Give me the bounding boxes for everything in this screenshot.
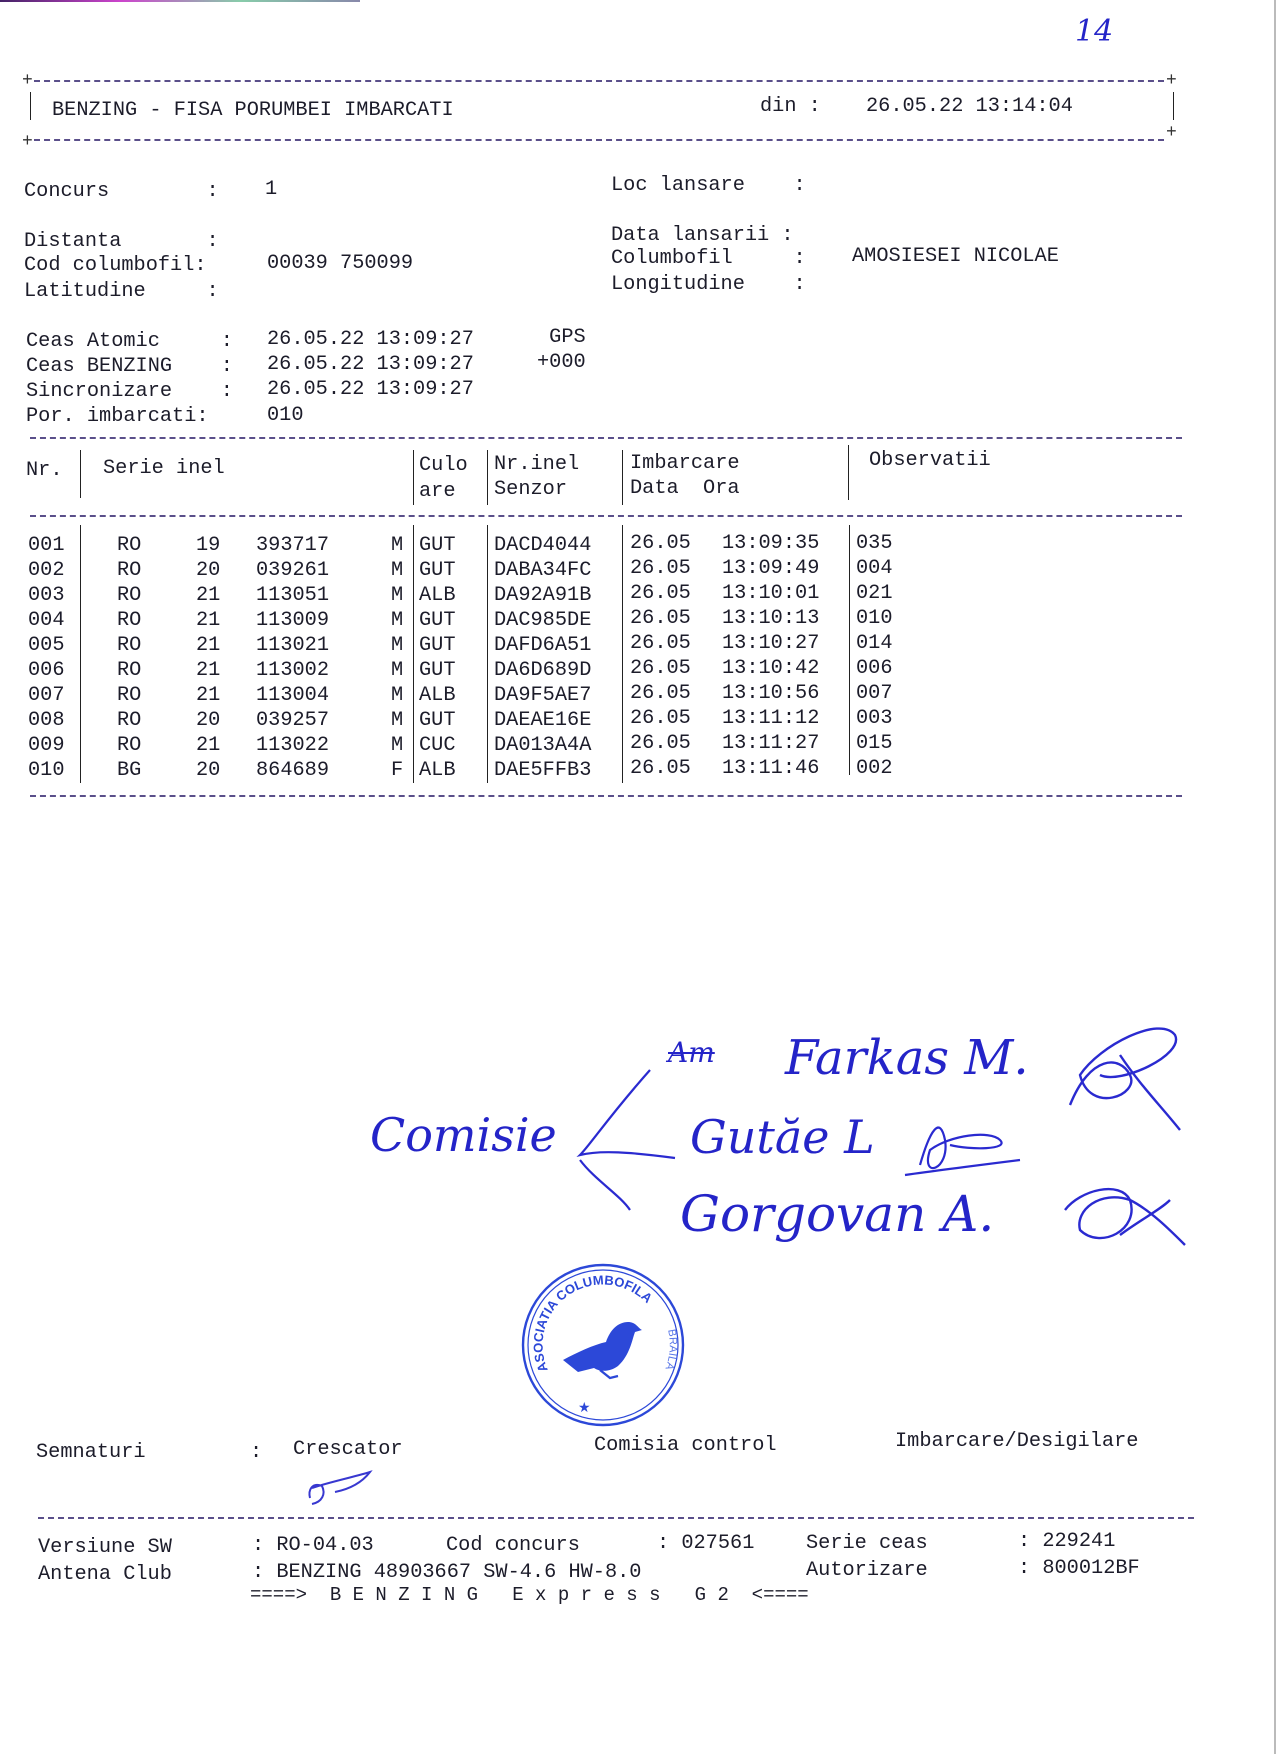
longitudine-label: Longitudine : <box>611 272 806 297</box>
cell-year: 20 <box>196 708 220 733</box>
cell-nr: 004 <box>28 608 65 633</box>
table-row: 001RO19393717MGUTDACD404426.0513:09:3503… <box>0 533 1276 558</box>
cell-color: GUT <box>419 708 456 733</box>
cell-ring: 039257 <box>256 708 329 733</box>
cell-color: CUC <box>419 733 456 758</box>
divider <box>1173 92 1174 120</box>
stamp-text-right: BRAILA <box>662 1328 679 1372</box>
cell-sex: M <box>391 608 403 633</box>
pigeon-icon <box>563 1322 642 1378</box>
cell-ring: 113051 <box>256 583 329 608</box>
footer-rule <box>38 1517 1194 1519</box>
cell-color: ALB <box>419 683 456 708</box>
latitudine-label: Latitudine : <box>24 279 219 304</box>
cell-year: 21 <box>196 608 220 633</box>
cell-date: 26.05 <box>630 756 691 781</box>
cell-time: 13:09:35 <box>722 531 819 556</box>
corner-mark: + <box>1166 124 1177 142</box>
cell-country: RO <box>117 558 141 583</box>
signatures-sep: : <box>250 1440 262 1465</box>
cell-color: ALB <box>419 583 456 608</box>
cell-color: GUT <box>419 633 456 658</box>
corner-mark: + <box>22 133 33 151</box>
ceas-atomic-extra: GPS <box>537 325 586 350</box>
cell-country: RO <box>117 608 141 633</box>
cell-color: GUT <box>419 608 456 633</box>
cod-concurs-value: : 027561 <box>657 1531 754 1556</box>
cell-date: 26.05 <box>630 606 691 631</box>
cell-ring: 113021 <box>256 633 329 658</box>
header-nr: Nr. <box>26 458 63 483</box>
crossed-out-word: Am <box>668 1036 715 1069</box>
table-row: 009RO21113022MCUCDA013A4A26.0513:11:2701… <box>0 733 1276 758</box>
cell-sensor: DAE5FFB3 <box>494 758 591 783</box>
cell-observatii: 015 <box>856 731 893 756</box>
corner-mark: + <box>22 72 33 90</box>
cell-date: 26.05 <box>630 656 691 681</box>
page-number: 14 <box>1075 14 1113 49</box>
cell-sex: M <box>391 583 403 608</box>
cell-country: RO <box>117 708 141 733</box>
cell-time: 13:10:01 <box>722 581 819 606</box>
cell-nr: 007 <box>28 683 65 708</box>
header-imbarcare-1: Imbarcare <box>630 451 740 476</box>
cell-country: RO <box>117 683 141 708</box>
header-bottom-rule <box>30 515 1182 517</box>
cell-ring: 113022 <box>256 733 329 758</box>
cell-color: GUT <box>419 658 456 683</box>
por-imbarcati-label: Por. imbarcati: <box>26 404 209 429</box>
cell-date: 26.05 <box>630 531 691 556</box>
date-label: din : <box>760 94 821 119</box>
loc-lansare-label: Loc lansare : <box>611 173 806 198</box>
member-1-name: Farkas M. <box>785 1030 1029 1086</box>
crescator-signature-icon <box>300 1460 380 1510</box>
header-culoare-1: Culo <box>419 453 468 478</box>
cell-sensor: DAFD6A51 <box>494 633 591 658</box>
cell-country: RO <box>117 658 141 683</box>
cell-date: 26.05 <box>630 556 691 581</box>
table-row: 002RO20039261MGUTDABA34FC26.0513:09:4900… <box>0 558 1276 583</box>
cell-year: 20 <box>196 558 220 583</box>
benzing-express-banner: ====> B E N Z I N G E x p r e s s G 2 <=… <box>250 1583 809 1608</box>
signature-2-icon <box>900 1110 1030 1190</box>
cell-nr: 003 <box>28 583 65 608</box>
cell-time: 13:11:12 <box>722 706 819 731</box>
antena-value: : BENZING 48903667 SW-4.6 HW-8.0 <box>252 1560 641 1585</box>
cell-sensor: DA6D689D <box>494 658 591 683</box>
autorizare-label: Autorizare <box>806 1558 928 1583</box>
divider <box>34 139 1164 141</box>
cell-year: 21 <box>196 733 220 758</box>
cell-observatii: 014 <box>856 631 893 656</box>
member-3-name: Gorgovan A. <box>680 1185 994 1243</box>
col-divider <box>413 450 414 505</box>
cell-year: 21 <box>196 683 220 708</box>
cell-sex: M <box>391 533 403 558</box>
cell-sensor: DAEAE16E <box>494 708 591 733</box>
ceas-benzing-label: Ceas BENZING : <box>26 354 233 379</box>
table-row: 007RO21113004MALBDA9F5AE726.0513:10:5600… <box>0 683 1276 708</box>
serie-ceas-label: Serie ceas <box>806 1531 928 1556</box>
cell-sensor: DAC985DE <box>494 608 591 633</box>
table-row: 008RO20039257MGUTDAEAE16E26.0513:11:1200… <box>0 708 1276 733</box>
cell-nr: 008 <box>28 708 65 733</box>
cod-concurs-label: Cod concurs <box>446 1533 580 1558</box>
table-bottom-rule <box>30 795 1182 797</box>
header-observatii: Observatii <box>869 448 991 473</box>
cell-date: 26.05 <box>630 731 691 756</box>
col-divider <box>80 450 81 498</box>
cell-sensor: DABA34FC <box>494 558 591 583</box>
imbarcare-desigilare-label: Imbarcare/Desigilare <box>895 1429 1138 1454</box>
scan-edge-artifact <box>0 0 360 2</box>
sw-label: Versiune SW <box>38 1535 172 1560</box>
cell-observatii: 006 <box>856 656 893 681</box>
cell-time: 13:10:42 <box>722 656 819 681</box>
col-divider <box>848 445 849 500</box>
cell-date: 26.05 <box>630 681 691 706</box>
sincronizare-value: 26.05.22 13:09:27 <box>267 377 474 402</box>
ceas-atomic-label: Ceas Atomic : <box>26 329 233 354</box>
por-imbarcati-value: 010 <box>267 403 304 428</box>
cell-nr: 001 <box>28 533 65 558</box>
signatures-label: Semnaturi <box>36 1440 146 1465</box>
header-imbarcare-2: Data Ora <box>630 476 740 501</box>
col-divider <box>622 450 623 505</box>
cell-sex: M <box>391 658 403 683</box>
ceas-benzing-extra: +000 <box>537 350 586 375</box>
col-divider <box>487 450 488 505</box>
cell-date: 26.05 <box>630 581 691 606</box>
table-top-rule <box>30 437 1182 439</box>
corner-mark: + <box>1166 72 1177 90</box>
association-stamp: ASOCIATIA COLUMBOFILA BRAILA ★ <box>518 1260 688 1430</box>
cell-color: GUT <box>419 533 456 558</box>
signature-3-icon <box>1060 1180 1190 1260</box>
distanta-label: Distanta : <box>24 229 219 254</box>
cell-sensor: DA9F5AE7 <box>494 683 591 708</box>
cell-time: 13:11:27 <box>722 731 819 756</box>
header-culoare-2: are <box>419 479 456 504</box>
cell-nr: 005 <box>28 633 65 658</box>
divider <box>30 92 31 120</box>
header-senzor-2: Senzor <box>494 477 567 502</box>
cell-country: RO <box>117 733 141 758</box>
cell-sex: M <box>391 733 403 758</box>
sw-value: : RO-04.03 <box>252 1533 374 1558</box>
cell-sensor: DA013A4A <box>494 733 591 758</box>
concurs-label: Concurs : <box>24 179 219 204</box>
cell-date: 26.05 <box>630 706 691 731</box>
cell-sex: M <box>391 633 403 658</box>
cell-time: 13:11:46 <box>722 756 819 781</box>
header-serie-inel: Serie inel <box>103 456 225 481</box>
sincronizare-label: Sincronizare : <box>26 379 233 404</box>
cell-time: 13:10:27 <box>722 631 819 656</box>
cell-sex: M <box>391 683 403 708</box>
table-row: 005RO21113021MGUTDAFD6A5126.0513:10:2701… <box>0 633 1276 658</box>
cell-nr: 010 <box>28 758 65 783</box>
cell-sex: F <box>391 758 403 783</box>
cell-year: 19 <box>196 533 220 558</box>
date-value: 26.05.22 13:14:04 <box>866 94 1073 119</box>
cell-year: 20 <box>196 758 220 783</box>
cell-observatii: 007 <box>856 681 893 706</box>
signature-1-icon <box>1060 1015 1190 1135</box>
antena-label: Antena Club <box>38 1562 172 1587</box>
cell-country: RO <box>117 583 141 608</box>
cell-ring: 039261 <box>256 558 329 583</box>
cell-observatii: 002 <box>856 756 893 781</box>
cell-date: 26.05 <box>630 631 691 656</box>
cell-sensor: DACD4044 <box>494 533 591 558</box>
divider <box>34 80 1164 82</box>
table-row: 004RO21113009MGUTDAC985DE26.0513:10:1301… <box>0 608 1276 633</box>
cod-columbofil-value: 00039 750099 <box>267 251 413 276</box>
cell-color: GUT <box>419 558 456 583</box>
cell-year: 21 <box>196 658 220 683</box>
serie-ceas-value: : 229241 <box>1018 1529 1115 1554</box>
cell-observatii: 021 <box>856 581 893 606</box>
star-icon: ★ <box>578 1400 591 1416</box>
cell-ring: 864689 <box>256 758 329 783</box>
cell-observatii: 004 <box>856 556 893 581</box>
header-senzor-1: Nr.inel <box>494 452 579 477</box>
cell-sex: M <box>391 708 403 733</box>
ceas-benzing-value: 26.05.22 13:09:27 <box>267 352 474 377</box>
cell-observatii: 003 <box>856 706 893 731</box>
cell-time: 13:10:13 <box>722 606 819 631</box>
cell-nr: 006 <box>28 658 65 683</box>
member-2-name: Gutăe L <box>690 1110 875 1164</box>
commission-label: Comisie <box>370 1108 557 1162</box>
cell-sensor: DA92A91B <box>494 583 591 608</box>
cell-observatii: 035 <box>856 531 893 556</box>
table-row: 010BG20864689FALBDAE5FFB326.0513:11:4600… <box>0 758 1276 783</box>
svg-text:BRAILA: BRAILA <box>662 1328 679 1372</box>
cod-columbofil-label: Cod columbofil: <box>24 253 207 278</box>
cell-nr: 009 <box>28 733 65 758</box>
autorizare-value: : 800012BF <box>1018 1556 1140 1581</box>
cell-ring: 113002 <box>256 658 329 683</box>
cell-time: 13:10:56 <box>722 681 819 706</box>
cell-country: RO <box>117 633 141 658</box>
cell-observatii: 010 <box>856 606 893 631</box>
cell-ring: 393717 <box>256 533 329 558</box>
cell-nr: 002 <box>28 558 65 583</box>
cell-color: ALB <box>419 758 456 783</box>
cell-year: 21 <box>196 633 220 658</box>
concurs-value: 1 <box>265 177 277 202</box>
columbofil-value: AMOSIESEI NICOLAE <box>852 244 1059 269</box>
cell-country: BG <box>117 758 141 783</box>
data-lansarii-label: Data lansarii : <box>611 223 794 248</box>
table-row: 006RO21113002MGUTDA6D689D26.0513:10:4200… <box>0 658 1276 683</box>
ceas-atomic-value: 26.05.22 13:09:27 <box>267 327 474 352</box>
comisia-control-label: Comisia control <box>594 1433 777 1458</box>
cell-ring: 113004 <box>256 683 329 708</box>
cell-sex: M <box>391 558 403 583</box>
bracket-icon <box>570 1060 690 1220</box>
crescator-label: Crescator <box>293 1437 403 1462</box>
cell-time: 13:09:49 <box>722 556 819 581</box>
document-title: BENZING - FISA PORUMBEI IMBARCATI <box>52 98 454 123</box>
cell-country: RO <box>117 533 141 558</box>
cell-year: 21 <box>196 583 220 608</box>
cell-ring: 113009 <box>256 608 329 633</box>
columbofil-label: Columbofil : <box>611 246 806 271</box>
table-row: 003RO21113051MALBDA92A91B26.0513:10:0102… <box>0 583 1276 608</box>
